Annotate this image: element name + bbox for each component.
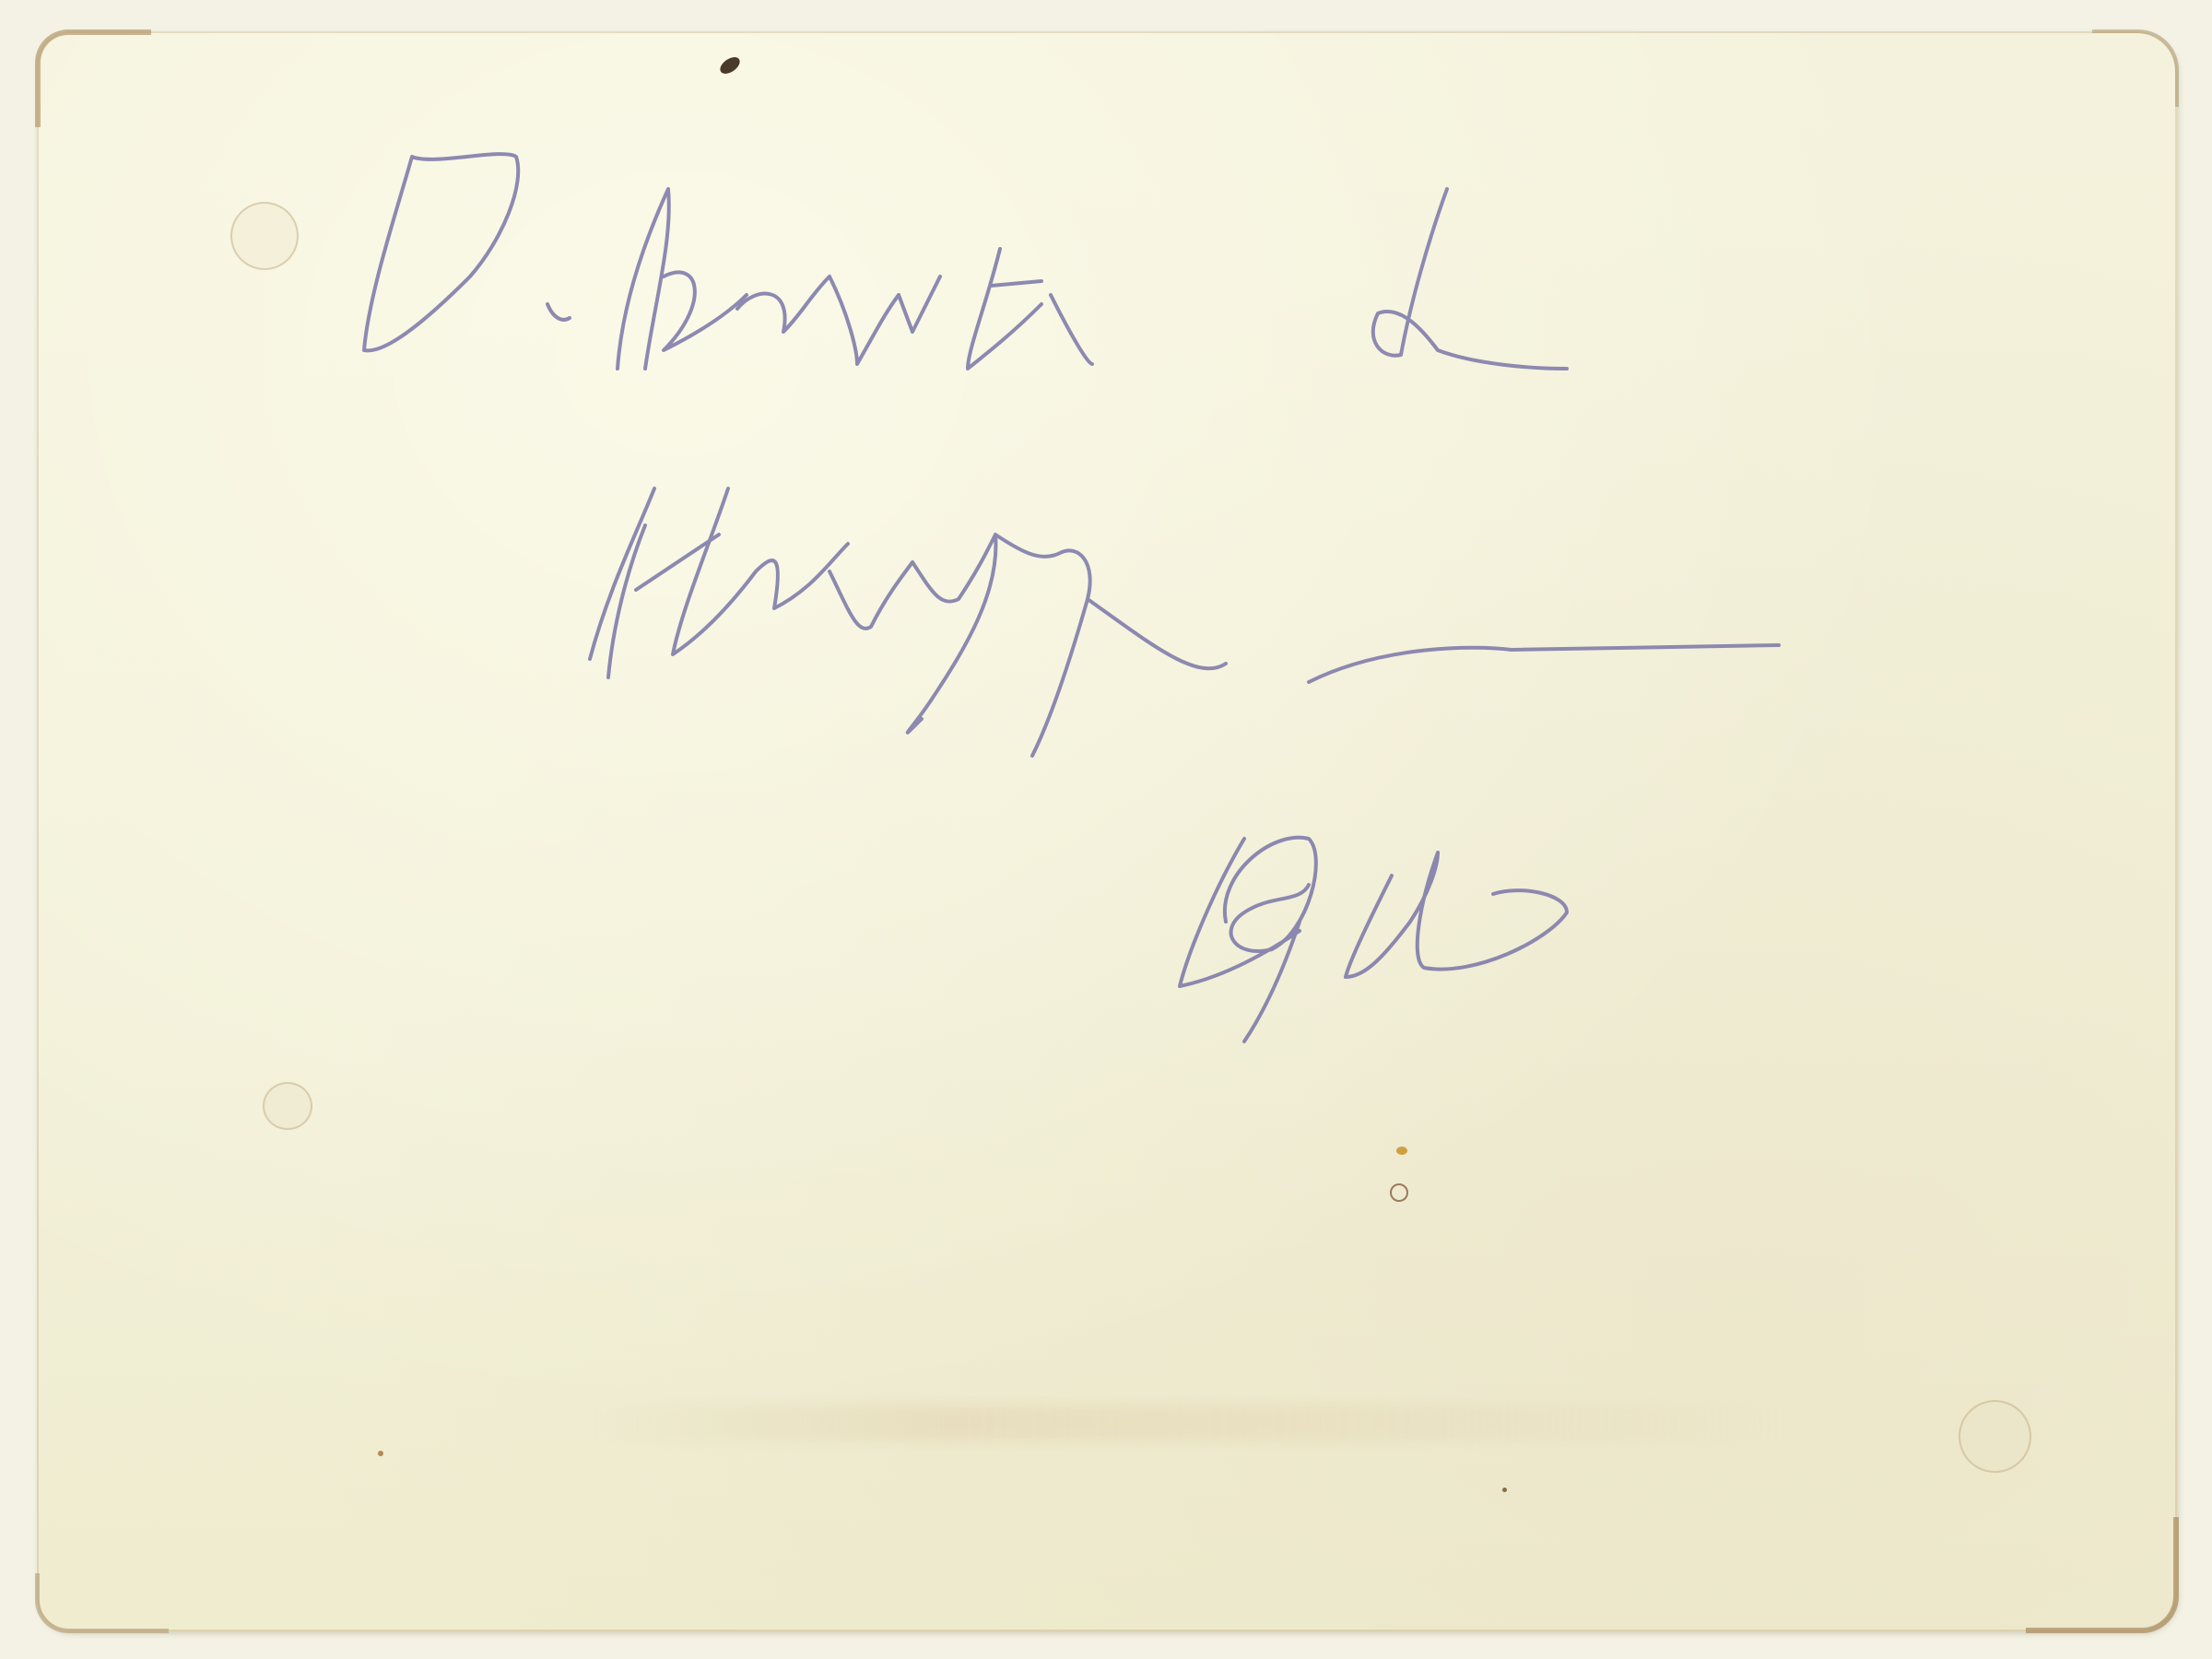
- handwritten-inscription: [0, 0, 2212, 1659]
- letter-d: [364, 154, 518, 350]
